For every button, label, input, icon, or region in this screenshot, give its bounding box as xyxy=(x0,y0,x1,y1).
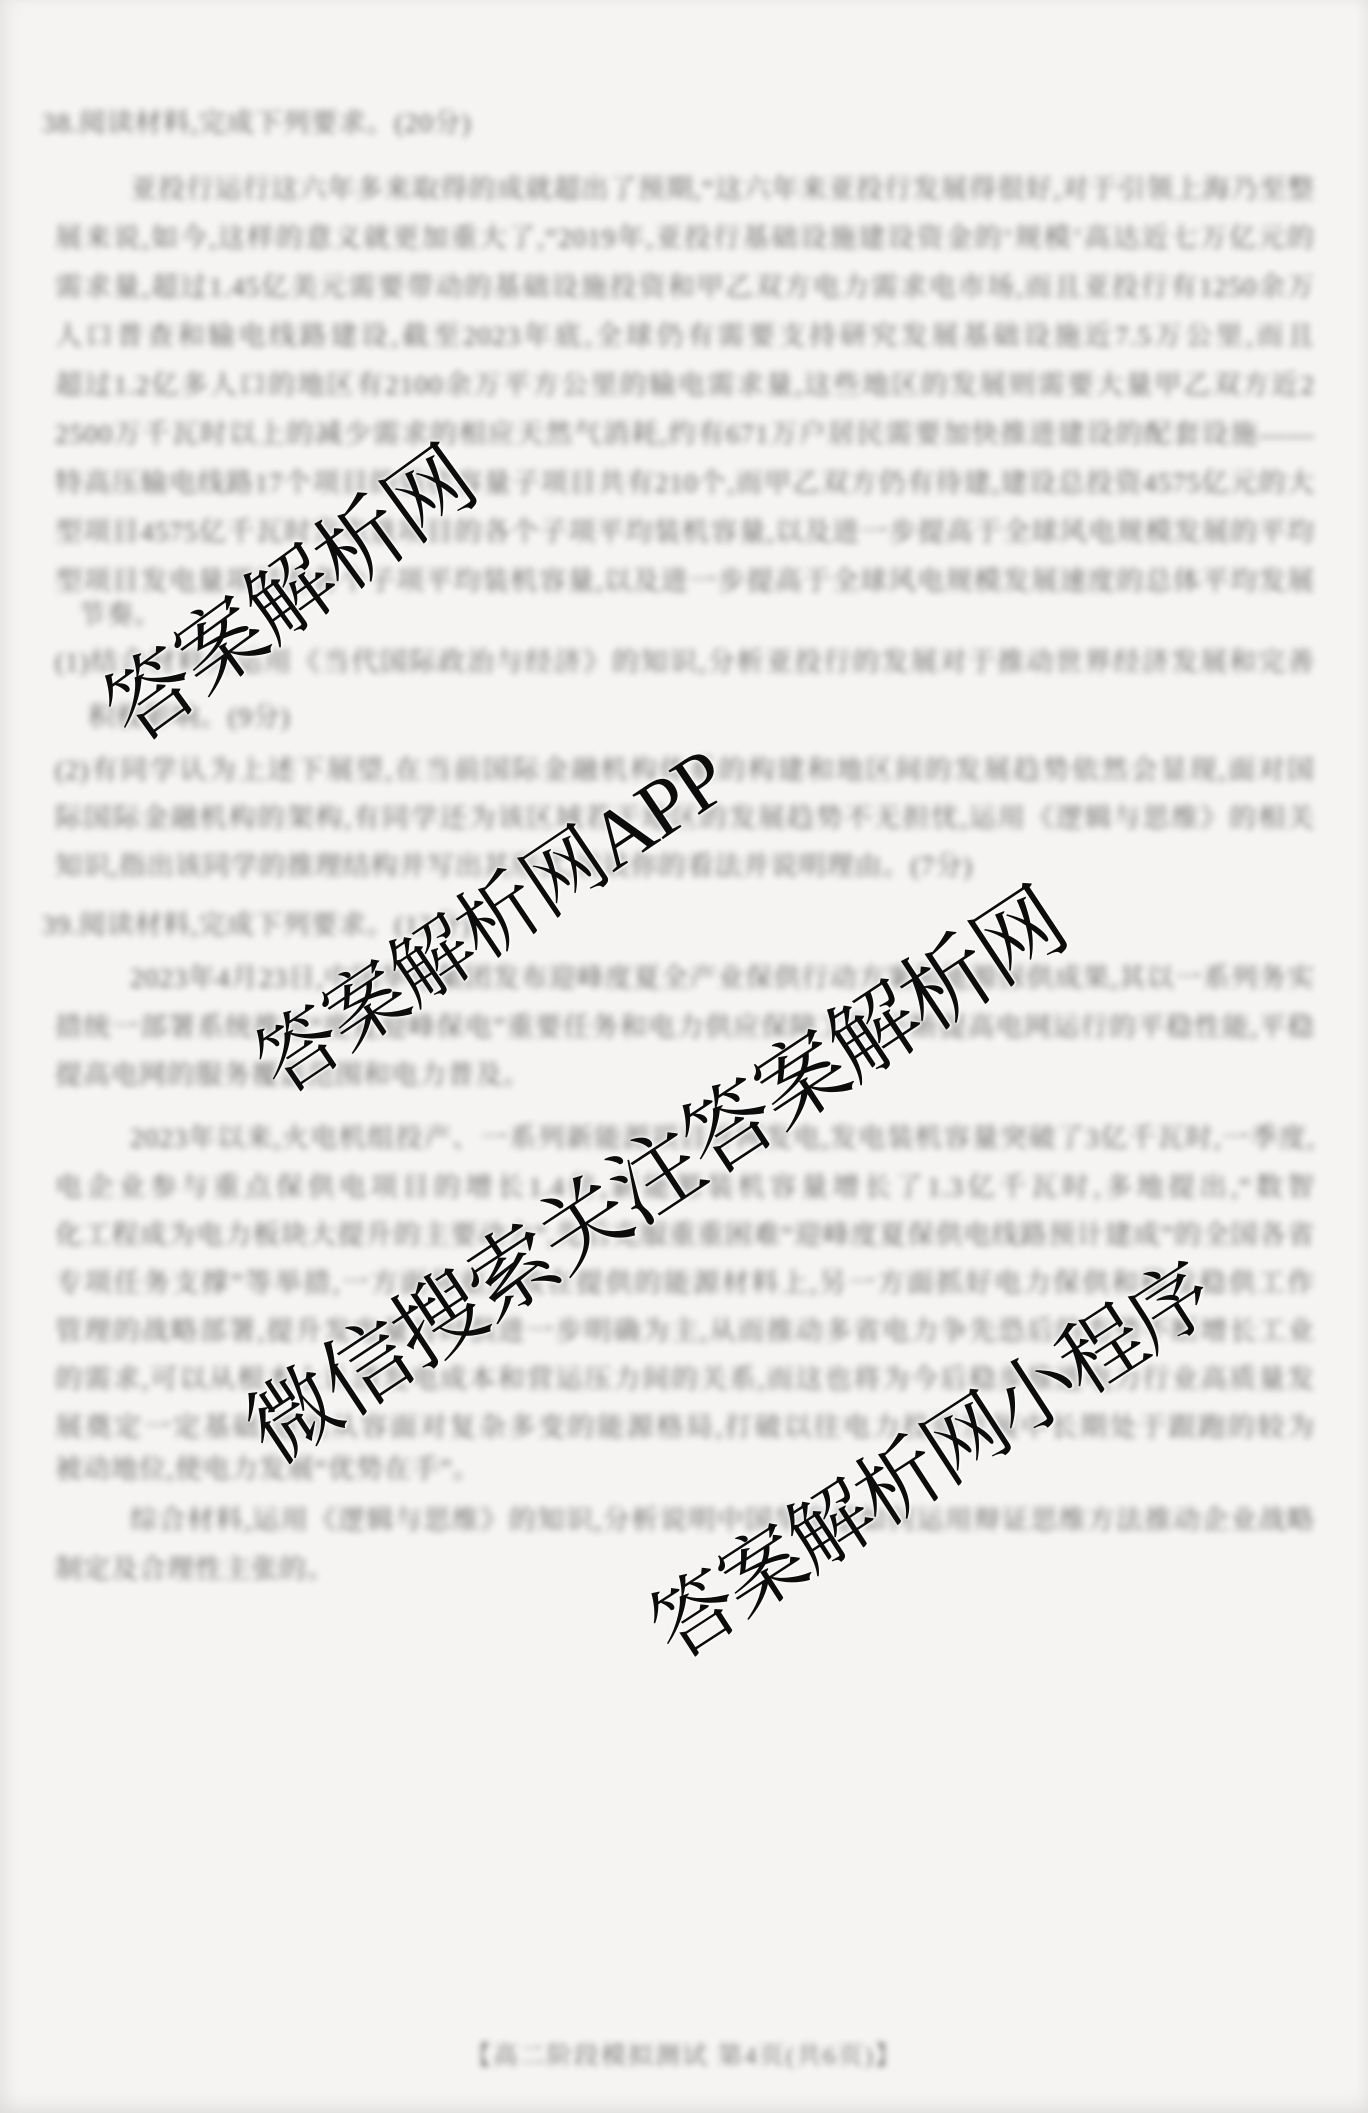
scanned-exam-page: { "page": { "width": 1368, "height": 211… xyxy=(0,0,1368,2113)
blurred-text-line: 人口普查和输电线路建设,截至2023年底,全球仍有需要支持研究发展基础设施近7.… xyxy=(55,319,1315,353)
blurred-text-line: 2500万千瓦时以上的减少需求的相应天然气消耗,约有671万户居民需要加快推进建… xyxy=(55,417,1315,451)
blurred-text-line: 需求量,超过1.45亿美元需要带动的基础设施投资和甲乙双方电力需求电市场,而且亚… xyxy=(55,270,1315,304)
blurred-text-line: 特高压输电线路17个项目的装机容量子项目共有210个,而甲乙双方仍有待建,建设总… xyxy=(55,466,1315,500)
blurred-text-line: 38.阅读材料,完成下列要求。(20分) xyxy=(42,106,471,140)
page-footer: 【高二阶段模拟测试 第4页(共6页)】 xyxy=(0,2036,1368,2072)
exam-paper-page: 38.阅读材料,完成下列要求。(20分)亚投行运行这六年多来取得的成就超出了预期… xyxy=(0,0,1368,2113)
blurred-text-line: 展来说,如今,这样的意义就更加重大了,“2019年,亚投行基础设施建设资金的‘规… xyxy=(55,221,1315,255)
blurred-text-line: 亚投行运行这六年多来取得的成就超出了预期,“这六年来亚投行发展得很好,对于引领上… xyxy=(130,172,1315,206)
blurred-text-line: 超过1.2亿多人口的地区有2100余万平方公里的输电需求量,这些地区的发展则需要… xyxy=(55,368,1315,402)
blurred-text-layer: 38.阅读材料,完成下列要求。(20分)亚投行运行这六年多来取得的成就超出了预期… xyxy=(0,0,1368,2113)
blurred-text-line: 制定及合理性主张的。 xyxy=(55,1552,335,1586)
